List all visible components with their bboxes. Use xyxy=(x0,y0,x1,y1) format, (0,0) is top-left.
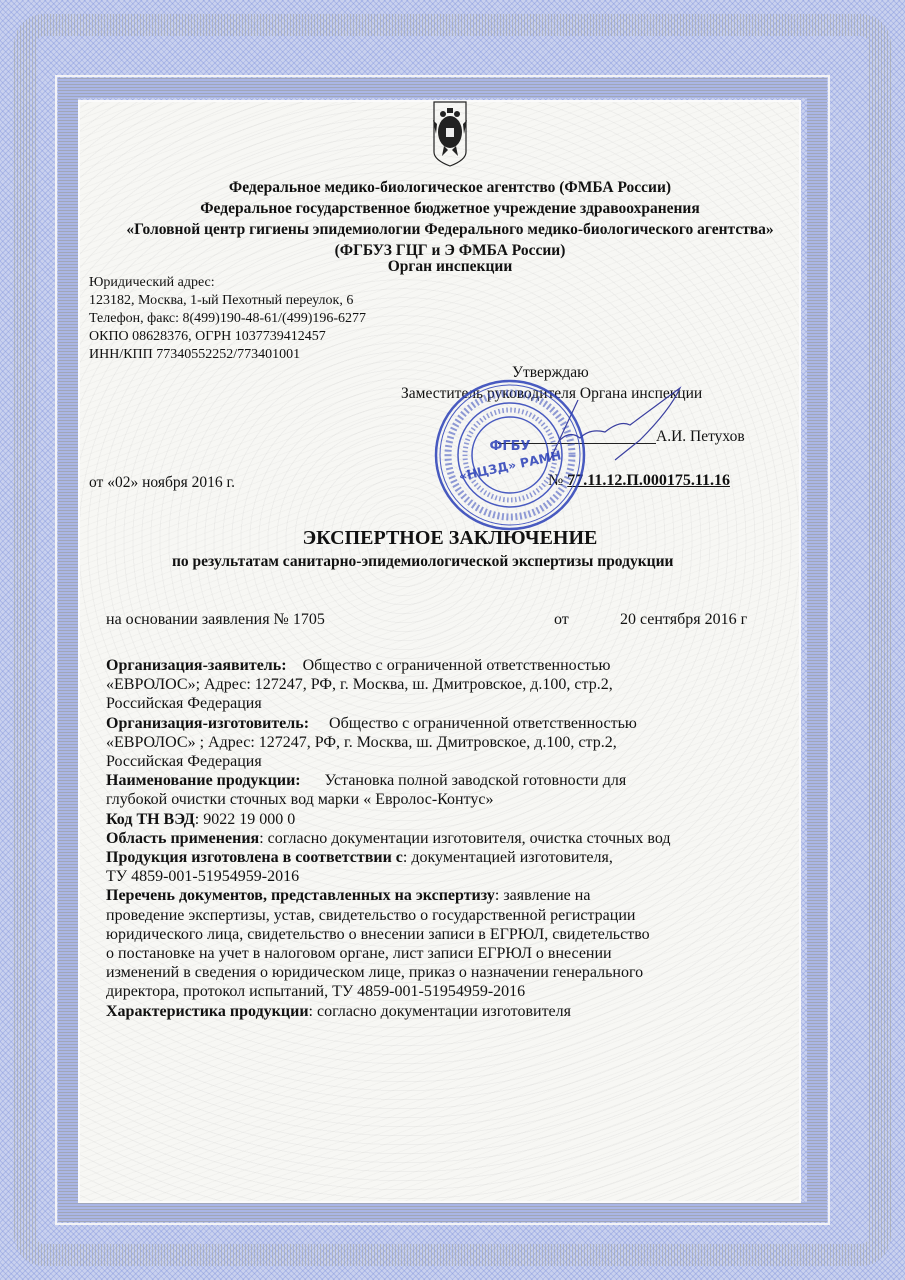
field-manufacturer: Организация-изготовитель: Общество с огр… xyxy=(106,714,786,772)
expertise-fields: Организация-заявитель: Общество с ограни… xyxy=(106,656,786,1021)
header-line-institution-type: Федеральное государственное бюджетное уч… xyxy=(80,198,820,219)
document-subtitle: по результатам санитарно-эпидемиологичес… xyxy=(172,553,673,571)
document-date: от «02» ноября 2016 г. xyxy=(89,474,235,492)
header-line-institution-name: «Головной центр гигиены эпидемиологии Фе… xyxy=(80,219,820,240)
field-label: Организация-изготовитель xyxy=(106,715,304,732)
document-number-row: № 77.11.12.П.000175.11.16 xyxy=(548,472,730,490)
field-label: Область применения xyxy=(106,830,259,847)
coat-of-arms-icon xyxy=(432,100,468,168)
header-line-agency: Федеральное медико-биологическое агентст… xyxy=(80,177,820,198)
field-label: Продукция изготовлена в соответствии с xyxy=(106,849,403,866)
field-label: Характеристика продукции xyxy=(106,1003,309,1020)
field-application-area: Область применения: согласно документаци… xyxy=(106,829,786,848)
legal-address-block: Юридический адрес: 123182, Москва, 1-ый … xyxy=(89,274,366,364)
field-product-name: Наименование продукции: Установка полной… xyxy=(106,771,786,809)
field-hs-code: Код ТН ВЭД: 9022 19 000 0 xyxy=(106,810,786,829)
application-date: 20 сентября 2016 г xyxy=(620,611,747,629)
application-from-label: от xyxy=(554,611,569,629)
application-basis: на основании заявления № 1705 xyxy=(106,611,325,629)
field-label: Перечень документов, представленных на э… xyxy=(106,887,495,904)
address-phone: Телефон, факс: 8(499)190-48-61/(499)196-… xyxy=(89,310,366,328)
field-applicant: Организация-заявитель: Общество с ограни… xyxy=(106,656,786,714)
field-documents-list: Перечень документов, представленных на э… xyxy=(106,886,786,1001)
document-number: 77.11.12.П.000175.11.16 xyxy=(567,472,730,489)
address-label: Юридический адрес: xyxy=(89,274,366,292)
address-okpo-ogrn: ОКПО 08628376, ОГРН 1037739412457 xyxy=(89,328,366,346)
address-street: 123182, Москва, 1-ый Пехотный переулок, … xyxy=(89,292,366,310)
field-label: Наименование продукции xyxy=(106,772,295,789)
address-inn-kpp: ИНН/КПП 77340552252/773401001 xyxy=(89,346,366,364)
field-conformity: Продукция изготовлена в соответствии с: … xyxy=(106,848,786,886)
field-label: Организация-заявитель xyxy=(106,657,281,674)
field-label: Код ТН ВЭД xyxy=(106,811,195,828)
number-sign: № xyxy=(548,472,563,489)
signature-icon xyxy=(520,380,700,470)
signatory-name: А.И. Петухов xyxy=(656,428,745,446)
field-product-characteristics: Характеристика продукции: согласно докум… xyxy=(106,1002,786,1021)
document-title: ЭКСПЕРТНОЕ ЗАКЛЮЧЕНИЕ xyxy=(80,527,820,550)
